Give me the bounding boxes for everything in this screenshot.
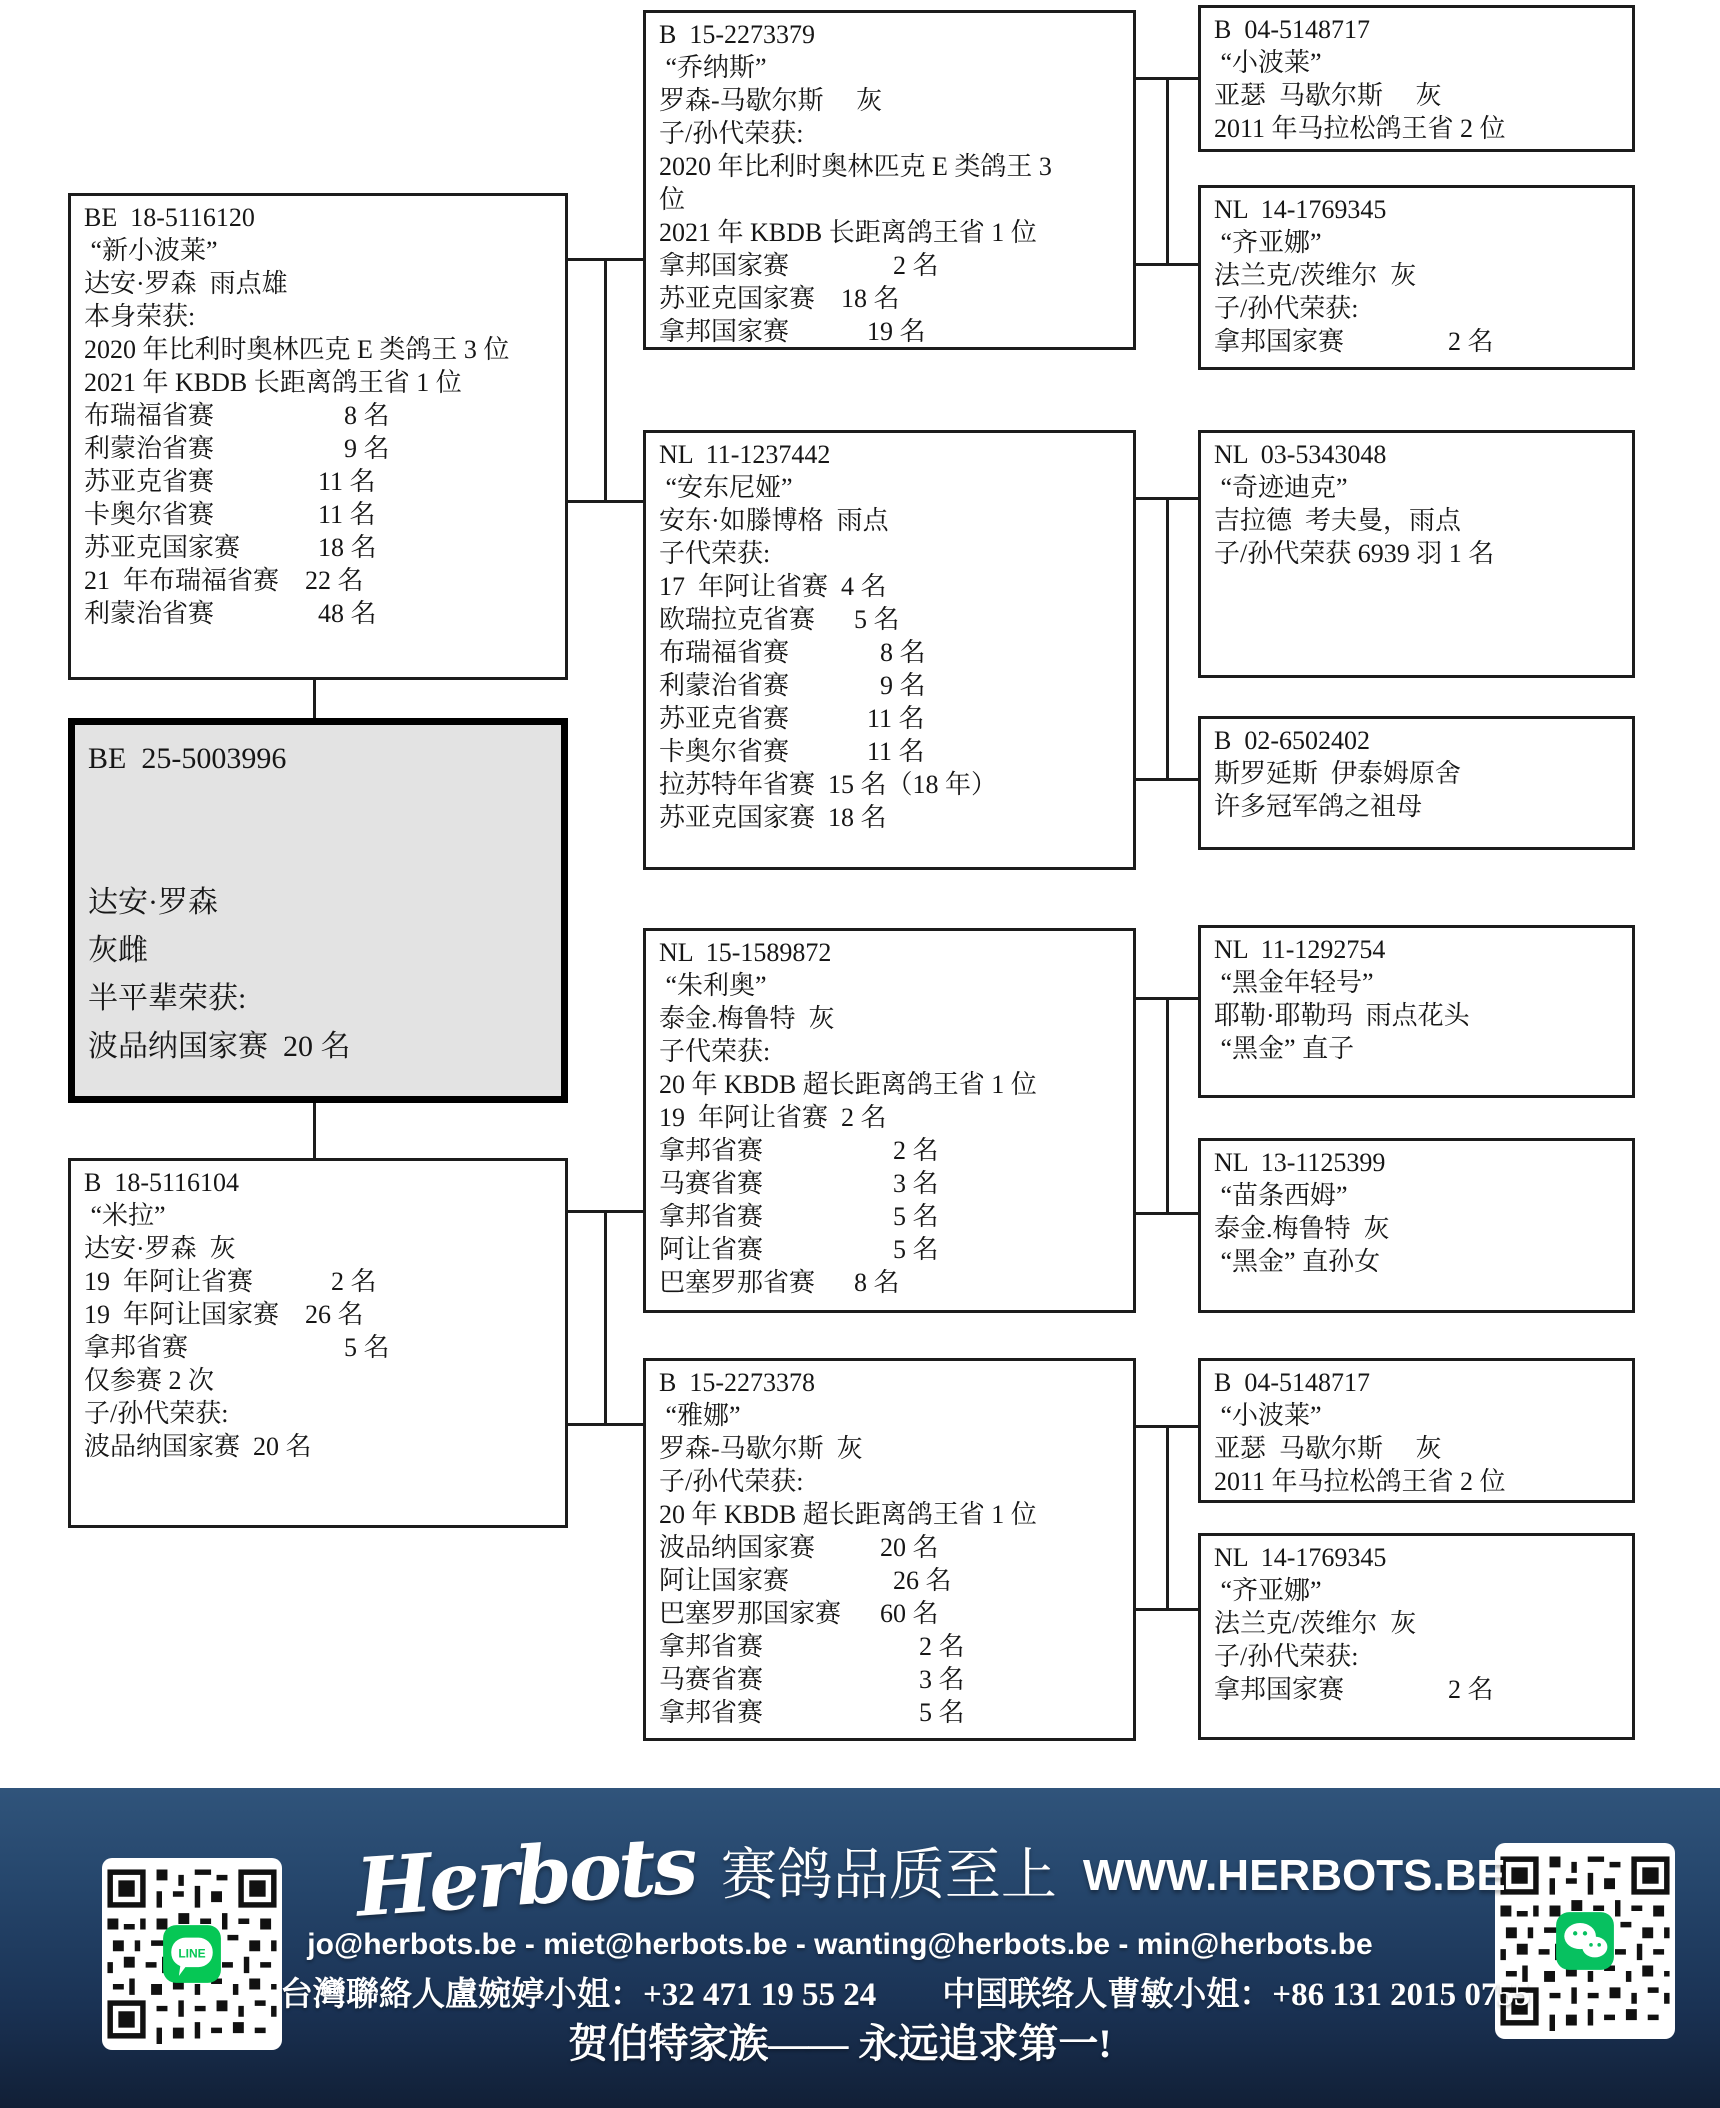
box-line: 达安·罗森 xyxy=(88,879,551,927)
box-line: 子/孙代荣获: xyxy=(659,117,1123,150)
box-line: 罗森-马歇尔斯 灰 xyxy=(659,1432,1123,1465)
box-line: NL 03-5343048 xyxy=(1214,438,1622,471)
pedigree-box-xiaobolai-top: B 04-5148717 “小波莱”亚瑟 马歇尔斯 灰2011 年马拉松鸽王省 … xyxy=(1198,5,1635,152)
qr-code-line: LINE xyxy=(102,1858,282,2050)
box-line: 法兰克/茨维尔 灰 xyxy=(1214,1607,1622,1640)
box-line: NL 15-1589872 xyxy=(659,936,1123,969)
connector-line xyxy=(313,680,316,718)
box-line: 拿邦国家赛 19 名 xyxy=(659,315,1123,348)
pedigree-box-subject: BE 25-5003996达安·罗森灰雌半平辈荣获:波品纳国家赛 20 名 xyxy=(68,718,568,1103)
box-line: 仅参赛 2 次 xyxy=(84,1364,555,1397)
box-line: 拿邦省赛 5 名 xyxy=(659,1696,1123,1729)
footer-tagline: 赛鸽品质至上 xyxy=(721,1846,1057,1906)
box-line: 半平辈荣获: xyxy=(88,975,551,1023)
connector-line xyxy=(1166,497,1169,781)
box-line: 本身荣获: xyxy=(84,300,555,333)
box-line: 耶勒·耶勒玛 雨点花头 xyxy=(1214,999,1622,1032)
pedigree-box-jonas: B 15-2273379 “乔纳斯”罗森-马歇尔斯 灰子/孙代荣获:2020 年… xyxy=(643,10,1136,350)
box-line: 泰金.梅鲁特 灰 xyxy=(659,1002,1123,1035)
box-line: 子/孙代荣获: xyxy=(1214,1640,1622,1673)
brand-row: Herbots 赛鸽品质至上 WWW.HERBOTS.BE xyxy=(330,1836,1370,1916)
pedigree-box-qiyana-top: NL 14-1769345 “齐亚娜”法兰克/茨维尔 灰子/孙代荣获:拿邦国家赛… xyxy=(1198,185,1635,370)
box-line: 阿让省赛 5 名 xyxy=(659,1233,1123,1266)
footer-emails: jo@herbots.be - miet@herbots.be - wantin… xyxy=(280,1928,1400,1962)
box-line: 许多冠军鸽之祖母 xyxy=(1214,790,1622,823)
box-line xyxy=(88,783,551,831)
pedigree-box-qiyana-bottom: NL 14-1769345 “齐亚娜”法兰克/茨维尔 灰子/孙代荣获:拿邦国家赛… xyxy=(1198,1533,1635,1740)
box-line: 苏亚克省赛 11 名 xyxy=(84,465,555,498)
connector-line xyxy=(1166,77,1169,266)
box-line: BE 25-5003996 xyxy=(88,735,551,783)
box-line: NL 14-1769345 xyxy=(1214,193,1622,226)
box-line: 卡奥尔省赛 11 名 xyxy=(659,735,1123,768)
box-line: B 18-5116104 xyxy=(84,1166,555,1199)
pedigree-box-blackgold-jr: NL 11-1292754 “黑金年轻号”耶勒·耶勒玛 雨点花头 “黑金” 直子 xyxy=(1198,925,1635,1098)
box-line: 马赛省赛 3 名 xyxy=(659,1663,1123,1696)
box-line: 子/孙代荣获 6939 羽 1 名 xyxy=(1214,537,1622,570)
box-line: “黑金年轻号” xyxy=(1214,966,1622,999)
box-line: “乔纳斯” xyxy=(659,51,1123,84)
box-line: 苏亚克国家赛 18 名 xyxy=(659,801,1123,834)
box-line: 利蒙治省赛 9 名 xyxy=(659,669,1123,702)
connector-line xyxy=(604,258,607,503)
box-line: 19 年阿让省赛 2 名 xyxy=(84,1265,555,1298)
pedigree-box-xiaobolai-bottom: B 04-5148717 “小波莱”亚瑟 马歇尔斯 灰2011 年马拉松鸽王省 … xyxy=(1198,1358,1635,1503)
box-line: 拿邦国家赛 2 名 xyxy=(1214,325,1622,358)
box-line: 泰金.梅鲁特 灰 xyxy=(1214,1212,1622,1245)
box-line: 子代荣获: xyxy=(659,1035,1123,1068)
box-line: “黑金” 直孙女 xyxy=(1214,1245,1622,1278)
box-line: 20 年 KBDB 超长距离鸽王省 1 位 xyxy=(659,1498,1123,1531)
footer-center: Herbots 赛鸽品质至上 WWW.HERBOTS.BE jo@herbots… xyxy=(280,1788,1400,2108)
box-line: 斯罗延斯 伊泰姆原舍 xyxy=(1214,757,1622,790)
svg-text:LINE: LINE xyxy=(178,1946,205,1960)
box-line: 欧瑞拉克省赛 5 名 xyxy=(659,603,1123,636)
box-line: 亚瑟 马歇尔斯 灰 xyxy=(1214,79,1622,112)
connector-line xyxy=(313,1103,316,1158)
box-line: 波品纳国家赛 20 名 xyxy=(88,1023,551,1071)
box-line: 拿邦省赛 5 名 xyxy=(84,1331,555,1364)
connector-line xyxy=(604,1210,607,1426)
box-line: 波品纳国家赛 20 名 xyxy=(84,1430,555,1463)
box-line: 位 xyxy=(659,183,1123,216)
box-line: 马赛省赛 3 名 xyxy=(659,1167,1123,1200)
footer: LINE xyxy=(0,1788,1720,2108)
box-line xyxy=(88,831,551,879)
box-line: 19 年阿让国家赛 26 名 xyxy=(84,1298,555,1331)
box-line: “齐亚娜” xyxy=(1214,1574,1622,1607)
box-line: “小波莱” xyxy=(1214,46,1622,79)
box-line: 波品纳国家赛 20 名 xyxy=(659,1531,1123,1564)
pedigree-box-julio: NL 15-1589872 “朱利奥”泰金.梅鲁特 灰子代荣获:20 年 KBD… xyxy=(643,928,1136,1313)
box-line: 子/孙代荣获: xyxy=(1214,292,1622,325)
box-line: 法兰克/茨维尔 灰 xyxy=(1214,259,1622,292)
box-line: BE 18-5116120 xyxy=(84,201,555,234)
pedigree-box-sire: BE 18-5116120 “新小波莱”达安·罗森 雨点雄本身荣获:2020 年… xyxy=(68,193,568,680)
box-line: B 02-6502402 xyxy=(1214,724,1622,757)
pedigree-box-antonia: NL 11-1237442 “安东尼娅”安东·如滕博格 雨点子代荣获:17 年阿… xyxy=(643,430,1136,870)
qr-code-line-pattern: LINE xyxy=(102,1858,282,2050)
pedigree-chart: BE 18-5116120 “新小波莱”达安·罗森 雨点雄本身荣获:2020 年… xyxy=(0,0,1720,2108)
pedigree-box-slim-sim: NL 13-1125399 “苗条西姆”泰金.梅鲁特 灰 “黑金” 直孙女 xyxy=(1198,1138,1635,1313)
box-line: B 04-5148717 xyxy=(1214,1366,1622,1399)
wechat-icon xyxy=(1556,1912,1614,1970)
box-line: NL 13-1125399 xyxy=(1214,1146,1622,1179)
box-line: 子/孙代荣获: xyxy=(659,1465,1123,1498)
pedigree-box-slojens: B 02-6502402斯罗延斯 伊泰姆原舍许多冠军鸽之祖母 xyxy=(1198,716,1635,850)
box-line: 利蒙治省赛 9 名 xyxy=(84,432,555,465)
box-line: 拿邦省赛 2 名 xyxy=(659,1134,1123,1167)
pedigree-box-miracle-dick: NL 03-5343048 “奇迹迪克”吉拉德 考夫曼，雨点子/孙代荣获 693… xyxy=(1198,430,1635,678)
box-line: 巴塞罗那省赛 8 名 xyxy=(659,1266,1123,1299)
connector-line xyxy=(1166,1425,1169,1611)
box-line: 2020 年比利时奥林匹克 E 类鸽王 3 位 xyxy=(84,333,555,366)
box-line: “黑金” 直子 xyxy=(1214,1032,1622,1065)
box-line: 苏亚克国家赛 18 名 xyxy=(84,531,555,564)
brand-logo-text: Herbots xyxy=(354,1824,698,1927)
box-line: 达安·罗森 雨点雄 xyxy=(84,267,555,300)
box-line: 亚瑟 马歇尔斯 灰 xyxy=(1214,1432,1622,1465)
box-line: NL 11-1292754 xyxy=(1214,933,1622,966)
box-line: 拿邦省赛 2 名 xyxy=(659,1630,1123,1663)
box-line: “小波莱” xyxy=(1214,1399,1622,1432)
box-line: 拿邦省赛 5 名 xyxy=(659,1200,1123,1233)
box-line: 子代荣获: xyxy=(659,537,1123,570)
box-line: 布瑞福省赛 8 名 xyxy=(84,399,555,432)
box-line: B 15-2273378 xyxy=(659,1366,1123,1399)
box-line: NL 11-1237442 xyxy=(659,438,1123,471)
footer-slogan: 贺伯特家族—— 永远追求第一! xyxy=(280,2012,1400,2069)
box-line: 19 年阿让省赛 2 名 xyxy=(659,1101,1123,1134)
box-line: 阿让国家赛 26 名 xyxy=(659,1564,1123,1597)
box-line: 利蒙治省赛 48 名 xyxy=(84,597,555,630)
box-line: 罗森-马歇尔斯 灰 xyxy=(659,84,1123,117)
pedigree-box-yana: B 15-2273378 “雅娜”罗森-马歇尔斯 灰子/孙代荣获:20 年 KB… xyxy=(643,1358,1136,1741)
box-line: 拿邦国家赛 2 名 xyxy=(659,249,1123,282)
box-line: 拿邦国家赛 2 名 xyxy=(1214,1673,1622,1706)
box-line: 巴塞罗那国家赛 60 名 xyxy=(659,1597,1123,1630)
box-line: 子/孙代荣获: xyxy=(84,1397,555,1430)
box-line: 卡奥尔省赛 11 名 xyxy=(84,498,555,531)
box-line: 拉苏特年省赛 15 名（18 年） xyxy=(659,768,1123,801)
line-icon: LINE xyxy=(163,1925,221,1983)
box-line: 布瑞福省赛 8 名 xyxy=(659,636,1123,669)
box-line: “朱利奥” xyxy=(659,969,1123,1002)
box-line: 2021 年 KBDB 长距离鸽王省 1 位 xyxy=(84,366,555,399)
box-line: “苗条西姆” xyxy=(1214,1179,1622,1212)
box-line: 2011 年马拉松鸽王省 2 位 xyxy=(1214,112,1622,145)
box-line: NL 14-1769345 xyxy=(1214,1541,1622,1574)
box-line: 灰雌 xyxy=(88,927,551,975)
box-line: 17 年阿让省赛 4 名 xyxy=(659,570,1123,603)
box-line: 安东·如滕博格 雨点 xyxy=(659,504,1123,537)
box-line: “新小波莱” xyxy=(84,234,555,267)
box-line: 达安·罗森 灰 xyxy=(84,1232,555,1265)
pedigree-box-dam: B 18-5116104 “米拉”达安·罗森 灰19 年阿让省赛 2 名19 年… xyxy=(68,1158,568,1528)
box-line: 苏亚克省赛 11 名 xyxy=(659,702,1123,735)
box-line: 苏亚克国家赛 18 名 xyxy=(659,282,1123,315)
box-line: 21 年布瑞福省赛 22 名 xyxy=(84,564,555,597)
box-line: 吉拉德 考夫曼，雨点 xyxy=(1214,504,1622,537)
box-line: 2011 年马拉松鸽王省 2 位 xyxy=(1214,1465,1622,1498)
box-line: “安东尼娅” xyxy=(659,471,1123,504)
box-line: “米拉” xyxy=(84,1199,555,1232)
box-line: “雅娜” xyxy=(659,1399,1123,1432)
box-line: “齐亚娜” xyxy=(1214,226,1622,259)
box-line: “奇迹迪克” xyxy=(1214,471,1622,504)
footer-website: WWW.HERBOTS.BE xyxy=(1083,1852,1506,1900)
box-line: 2021 年 KBDB 长距离鸽王省 1 位 xyxy=(659,216,1123,249)
connector-line xyxy=(1166,997,1169,1215)
box-line: B 15-2273379 xyxy=(659,18,1123,51)
box-line: 2020 年比利时奥林匹克 E 类鸽王 3 xyxy=(659,150,1123,183)
footer-contacts: 台灣聯絡人盧婉婷小姐：+32 471 19 55 24 中国联络人曹敏小姐：+8… xyxy=(280,1968,1400,2015)
box-line: 20 年 KBDB 超长距离鸽王省 1 位 xyxy=(659,1068,1123,1101)
box-line: B 04-5148717 xyxy=(1214,13,1622,46)
